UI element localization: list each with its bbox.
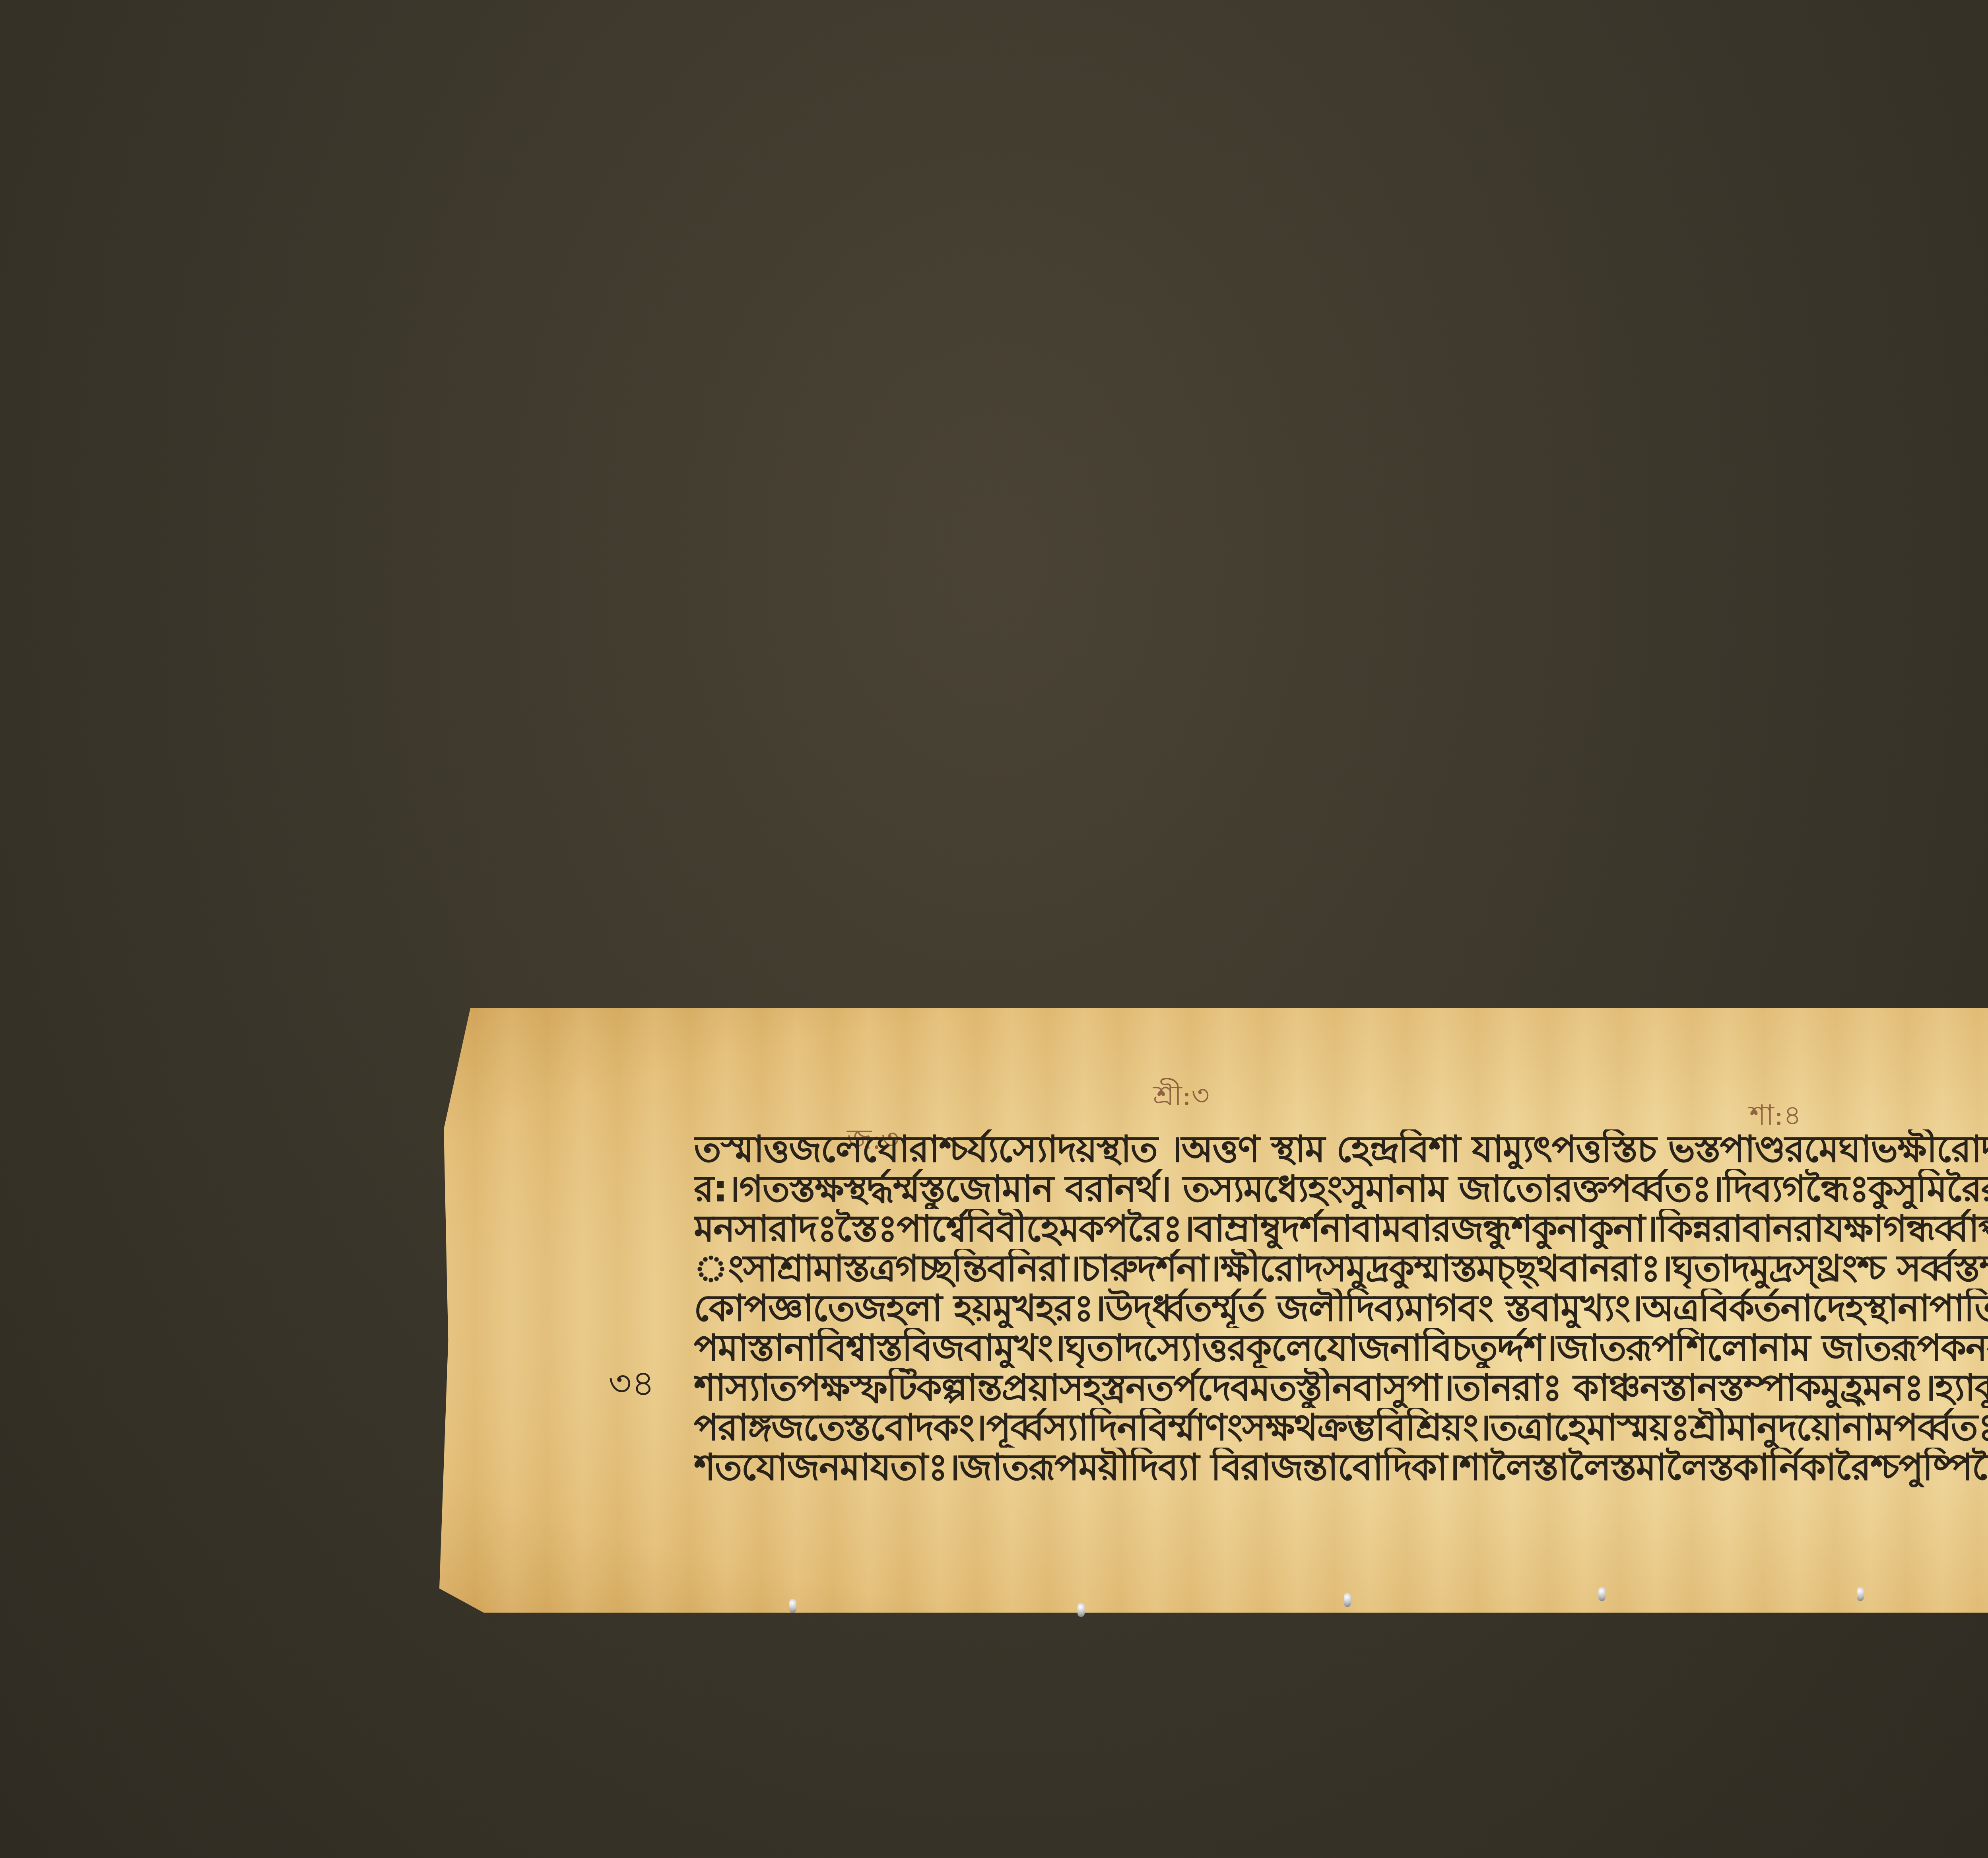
text-line-7: শাস্যাতপক্ষস্ফটিকল্পান্তপ্রয়াসহস্ত্রনতর… xyxy=(694,1368,1988,1408)
text-line-1: তস্মাত্তজলেঘোরাশ্চর্য্যস্যোদয়স্থাত ।অত্… xyxy=(694,1129,1988,1169)
text-line-3: মনসারাদঃস্তৈঃপার্শ্বেবিবীহেমকপরৈঃ।বাম্রা… xyxy=(694,1209,1988,1249)
text-line-2: র:।গতস্তক্ষস্থর্দ্ধর্ম্মস্তুজোমান বরানর্… xyxy=(694,1169,1988,1209)
pin-icon xyxy=(1077,1603,1085,1617)
manuscript-text-block: তস্মাত্তজলেঘোরাশ্চর্য্যস্যোদয়স্থাত ।অত্… xyxy=(694,1129,1988,1487)
top-margin-note-2: শ্রী:৩ xyxy=(1153,1074,1209,1120)
text-line-4: ংসাশ্রামাস্তত্রগচ্ছন্তিবনিরা।চারুদর্শনা।… xyxy=(694,1249,1988,1289)
pin-icon xyxy=(1344,1593,1351,1607)
photo-scene: জ:৩ শ্রী:৩ শা:৪ তস্মাত্তজলেঘোরাশ্চর্য্যস… xyxy=(0,0,1988,1858)
text-line-6: পমাস্তানাবিশ্বাস্তবিজবামুখং।ঘৃতাদস্যোত্ত… xyxy=(694,1328,1988,1368)
text-line-5: কোপজ্ঞাতেজহলা হয়মুখহরঃ।উর্দ্ধ্বতর্ম্মূর… xyxy=(694,1289,1988,1328)
pin-icon xyxy=(789,1599,796,1613)
text-line-8: পরাঙ্গজতেস্তবোদকং।পূর্ব্বস্যাদিনবির্ম্মা… xyxy=(694,1408,1988,1448)
text-line-9: শতযোজনমাযতাঃ।জাতরূপময়ীদিব্যা বিরাজন্তাব… xyxy=(694,1448,1988,1487)
pin-icon xyxy=(1598,1587,1606,1601)
pin-icon xyxy=(1857,1587,1864,1601)
folio-number-left: ৩৪ xyxy=(608,1356,655,1416)
